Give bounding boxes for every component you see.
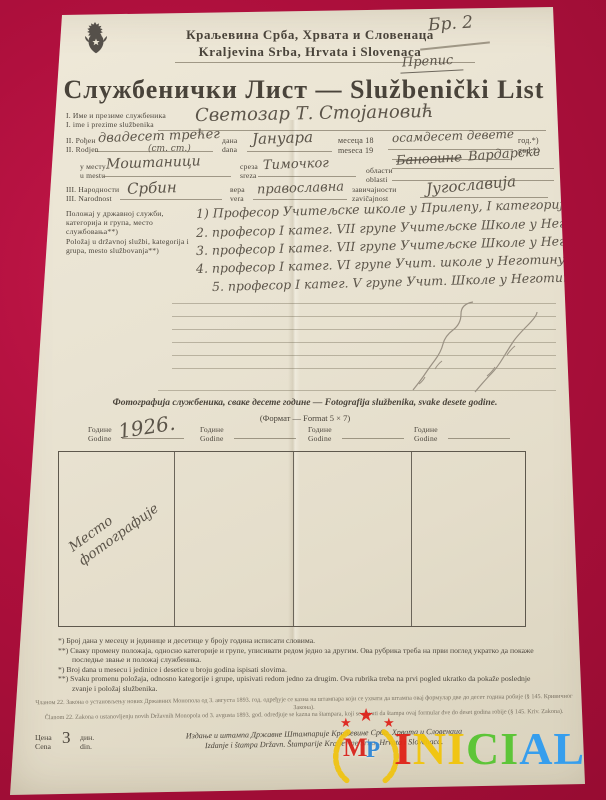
monogram-letter-m: M	[343, 733, 368, 763]
monogram-letter-p: P	[366, 737, 380, 763]
label-cyr: Положај у државној служби, категорија и …	[66, 210, 196, 236]
photo-grid-divider	[411, 452, 412, 626]
pencil-scribble-notes	[395, 272, 570, 397]
label-lat: Godine	[88, 435, 112, 444]
label-lat: dana	[222, 146, 237, 155]
month-label-lat: meseca 19	[338, 147, 373, 156]
year-rule-3	[342, 438, 404, 439]
footnote-cyr-1: *) Број дана у месецу и јединице и десет…	[58, 636, 552, 645]
year-rule-2	[234, 438, 296, 439]
srez-value-handwritten: Тимочког	[263, 156, 329, 173]
label-lat: Položaj u državnoj službi, kategorija i …	[66, 238, 196, 256]
born-year-handwritten: осамдесет девете	[392, 127, 514, 145]
price-label-cyr: Цена	[35, 733, 52, 742]
inicial-letter: I	[500, 723, 519, 774]
year-column-3-label: Године Godine	[308, 426, 332, 444]
photo-caption: Фотографија службеника, сваке десете год…	[68, 398, 542, 408]
label-lat: II. Rodjen	[66, 146, 99, 155]
label-lat: vera	[230, 195, 245, 204]
name-value-handwritten: Светозар Т. Стојановић	[195, 101, 434, 126]
price-unit-lat: din.	[80, 742, 92, 751]
footnote-lat-1: *) Broj dana u mesecu i jedinice i deset…	[58, 665, 552, 674]
oblast-struck-handwritten: Бановине	[396, 150, 463, 168]
place-rule	[103, 176, 231, 177]
inicial-letter: I	[394, 723, 413, 774]
born-day-note-handwritten: (ст. ст.)	[148, 144, 191, 154]
year-column-4-label: Године Godine	[414, 426, 438, 444]
nationality-value-handwritten: Србин	[127, 178, 177, 198]
coat-of-arms-icon	[82, 22, 110, 58]
srez-rule	[258, 176, 356, 177]
faith-rule	[253, 199, 347, 200]
oblast-value-handwritten: Вардарске	[468, 144, 542, 164]
oblast-rule-1	[392, 168, 554, 169]
year-rule-4	[448, 438, 510, 439]
place-value-handwritten: Моштаници	[106, 153, 201, 172]
field-label-born: II. Рођен II. Rodjen	[66, 137, 99, 155]
year-rule-1	[122, 438, 184, 439]
photo-placeholder-handwritten: Место фотографије	[66, 488, 160, 570]
field-label-day: дана dana	[222, 137, 237, 155]
inicial-letter: N	[413, 723, 447, 774]
year-column-1-label: Године Godine	[88, 426, 112, 444]
price-unit-cyr: дин.	[80, 733, 94, 742]
inicial-letter: A	[519, 723, 553, 774]
field-label-srez: среза sreza	[240, 163, 258, 181]
price-label-lat: Cena	[35, 742, 51, 751]
citizenship-value-handwritten: Југославија	[425, 172, 516, 198]
watermark-stamp: ★ ★ ★ M P INICIAL	[322, 700, 606, 800]
page-title: Службенички Лист — Službenički List	[58, 75, 550, 105]
field-label-oblast: области oblasti	[366, 167, 393, 185]
born-day-rule	[95, 151, 213, 152]
born-month-handwritten: Јануара	[252, 128, 314, 148]
star-icon: ★	[358, 706, 374, 724]
footnotes: *) Број дана у месецу и јединице и десет…	[58, 636, 552, 693]
label-lat: sreza	[240, 172, 258, 181]
inicial-letter: C	[466, 723, 500, 774]
document-paper: Краљевина Срба, Хрвата и Словенаца Kralj…	[0, 0, 606, 800]
photo-grid-divider	[174, 452, 175, 626]
photo-grid-divider	[293, 452, 294, 626]
month-label-cyr: месеца 18	[338, 137, 374, 146]
photo-grid: Место фотографије	[58, 451, 526, 627]
field-label-nationality: III. Народности III. Narodnost	[66, 186, 119, 204]
copy-note-handwritten: Препис	[400, 52, 464, 73]
inicial-letter: I	[447, 723, 466, 774]
label-lat: Godine	[414, 435, 438, 444]
label-lat: u mestu	[80, 172, 106, 181]
inicial-letter: L	[553, 723, 585, 774]
price-value: 3	[62, 728, 71, 748]
label-lat: oblasti	[366, 176, 393, 185]
photo-background: { "page_notes": { "number": "Бр. 2", "co…	[0, 0, 606, 800]
label-lat: III. Narodnost	[66, 195, 119, 204]
faith-value-handwritten: православна	[257, 179, 345, 197]
year-column-2-label: Године Godine	[200, 426, 224, 444]
label-lat: Godine	[308, 435, 332, 444]
service-label: Положај у државној служби, категорија и …	[66, 210, 196, 256]
document-number-handwritten: Бр. 2	[427, 12, 473, 35]
field-label-faith: вера vera	[230, 186, 245, 204]
footnote-cyr-2: **) Сваку промену положаја, односно кате…	[58, 646, 552, 664]
footnote-lat-2: **) Svaku promenu položaja, odnosno kate…	[58, 674, 552, 692]
nationality-rule	[120, 199, 222, 200]
field-label-place: у месту u mestu	[80, 163, 106, 181]
born-month-rule	[247, 151, 332, 152]
label-lat: Godine	[200, 435, 224, 444]
field-label-name: I. Име и презиме службеника I. ime i pre…	[66, 112, 166, 130]
inicial-wordmark: INICIAL	[394, 722, 585, 775]
